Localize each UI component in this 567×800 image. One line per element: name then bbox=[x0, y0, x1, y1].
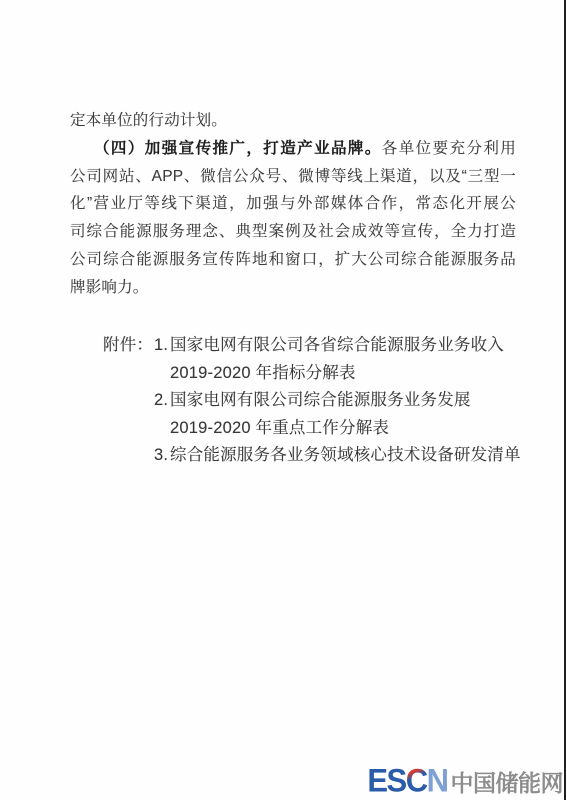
paragraph-heading-bold: （四）加强宣传推广，打造产业品牌。 bbox=[94, 140, 382, 157]
body-line: 化”营业厅等线下渠道，加强与外部媒体合作，常态化开展公 bbox=[70, 190, 516, 218]
body-line-text: 定本单位的行动计划。 bbox=[70, 112, 227, 129]
attachment-item-text: 国家电网有限公司各省综合能源服务业务收入 2019-2020 年指标分解表 bbox=[170, 332, 504, 387]
body-line: 公司网站、APP、微信公众号、微博等线上渠道，以及“三型一 bbox=[70, 163, 516, 191]
body-line-text: 司综合能源服务理念、典型案例及社会成效等宣传，全力打造 bbox=[70, 223, 516, 240]
body-line-text: 化”营业厅等线下渠道，加强与外部媒体合作，常态化开展公 bbox=[70, 195, 516, 212]
body-line: （四）加强宣传推广，打造产业品牌。各单位要充分利用 bbox=[70, 135, 516, 163]
body-line-text: 牌影响力。 bbox=[70, 279, 149, 296]
escn-letter: E bbox=[367, 762, 386, 798]
attachment-item-line: 国家电网有限公司综合能源服务业务发展 bbox=[170, 387, 471, 415]
attachment-item-text: 国家电网有限公司综合能源服务业务发展 2019-2020 年重点工作分解表 bbox=[170, 387, 471, 442]
body-line-text: 各单位要充分利用 bbox=[382, 140, 516, 157]
attachment-list: 1. 国家电网有限公司各省综合能源服务业务收入 2019-2020 年指标分解表… bbox=[154, 332, 521, 470]
body-line-text: 公司综合能源服务宣传阵地和窗口，扩大公司综合能源服务品 bbox=[70, 251, 516, 268]
attachment-item: 2. 国家电网有限公司综合能源服务业务发展 2019-2020 年重点工作分解表 bbox=[154, 387, 521, 442]
body-line: 定本单位的行动计划。 bbox=[70, 107, 516, 135]
attachment-item-line: 国家电网有限公司各省综合能源服务业务收入 bbox=[170, 332, 504, 360]
scan-edge-line bbox=[564, 0, 566, 800]
body-line: 司综合能源服务理念、典型案例及社会成效等宣传，全力打造 bbox=[70, 218, 516, 246]
attachment-item-number: 3. bbox=[154, 442, 170, 470]
attachment-item-number: 2. bbox=[154, 387, 170, 442]
attachment-item-line: 综合能源服务各业务领域核心技术设备研发清单 bbox=[170, 442, 521, 470]
attachment-item: 1. 国家电网有限公司各省综合能源服务业务收入 2019-2020 年指标分解表 bbox=[154, 332, 521, 387]
body-line-text: 公司网站、APP、微信公众号、微博等线上渠道，以及“三型一 bbox=[70, 168, 516, 185]
attachment-item-line: 2019-2020 年指标分解表 bbox=[170, 360, 504, 388]
attachment-item-number: 1. bbox=[154, 332, 170, 387]
escn-letter: C bbox=[406, 762, 427, 798]
site-name-text: 中国储能网 bbox=[451, 772, 564, 795]
escn-letter: N bbox=[427, 762, 448, 798]
body-line: 公司综合能源服务宣传阵地和窗口，扩大公司综合能源服务品 bbox=[70, 246, 516, 274]
attachment-label: 附件： bbox=[103, 332, 154, 470]
attachment-item-text: 综合能源服务各业务领域核心技术设备研发清单 bbox=[170, 442, 521, 470]
body-paragraphs: 定本单位的行动计划。 （四）加强宣传推广，打造产业品牌。各单位要充分利用 公司网… bbox=[70, 107, 516, 302]
attachment-item: 3. 综合能源服务各业务领域核心技术设备研发清单 bbox=[154, 442, 521, 470]
attachment-item-line: 2019-2020 年重点工作分解表 bbox=[170, 415, 471, 443]
document-page: 定本单位的行动计划。 （四）加强宣传推广，打造产业品牌。各单位要充分利用 公司网… bbox=[0, 0, 567, 800]
body-line: 牌影响力。 bbox=[70, 274, 516, 302]
attachment-section: 附件： 1. 国家电网有限公司各省综合能源服务业务收入 2019-2020 年指… bbox=[103, 332, 521, 470]
escn-logo-text: ESCN bbox=[367, 764, 447, 796]
escn-letter: S bbox=[387, 762, 406, 798]
escn-watermark-logo: ESCN 中国储能网 bbox=[367, 765, 563, 796]
